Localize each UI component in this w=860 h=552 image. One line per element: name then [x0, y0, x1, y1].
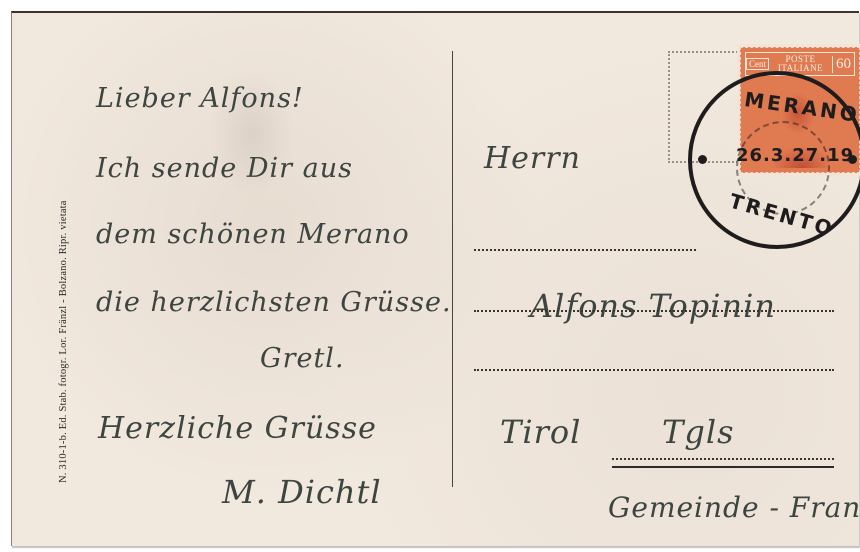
stamp-value: 60: [832, 56, 854, 73]
closing-signature: M. Dichtl: [222, 473, 382, 511]
message-line: dem schönen Merano: [96, 219, 410, 250]
address-underline: [612, 466, 834, 468]
closing-line: Herzliche Grüsse: [98, 411, 377, 446]
postmark-date: 26.3.27.19: [736, 145, 854, 166]
address-title: Herrn: [484, 141, 581, 176]
publisher-imprint: N. 310-1-b. Ed. Stab. fotogr. Lor. Fränz…: [58, 200, 69, 483]
postmark: MERANO 26.3.27.19 TRENTO: [688, 71, 860, 249]
address-city: Tgls: [662, 413, 734, 451]
address-name: Alfons Topinin: [530, 287, 776, 325]
signature: Gretl.: [260, 343, 345, 374]
message-line: Ich sende Dir aus: [96, 153, 353, 184]
postcard-back: N. 310-1-b. Ed. Stab. fotogr. Lor. Fränz…: [11, 11, 859, 546]
stamp-label: POSTE ITALIANE: [778, 55, 823, 73]
address-dotted-line: [474, 310, 834, 312]
address-country: Tirol: [500, 413, 581, 451]
address-dotted-line: [474, 249, 696, 251]
message-line: die herzlichsten Grüsse.: [96, 287, 452, 318]
address-dotted-line: [474, 369, 834, 371]
stamp-cent-label: Cent: [746, 58, 769, 70]
postmark-dot: [698, 155, 707, 164]
message-line: Lieber Alfons!: [96, 83, 304, 114]
address-dotted-line: [612, 458, 834, 460]
address-district: Gemeinde - Franzlin: [608, 491, 860, 524]
center-divider: [452, 51, 453, 487]
